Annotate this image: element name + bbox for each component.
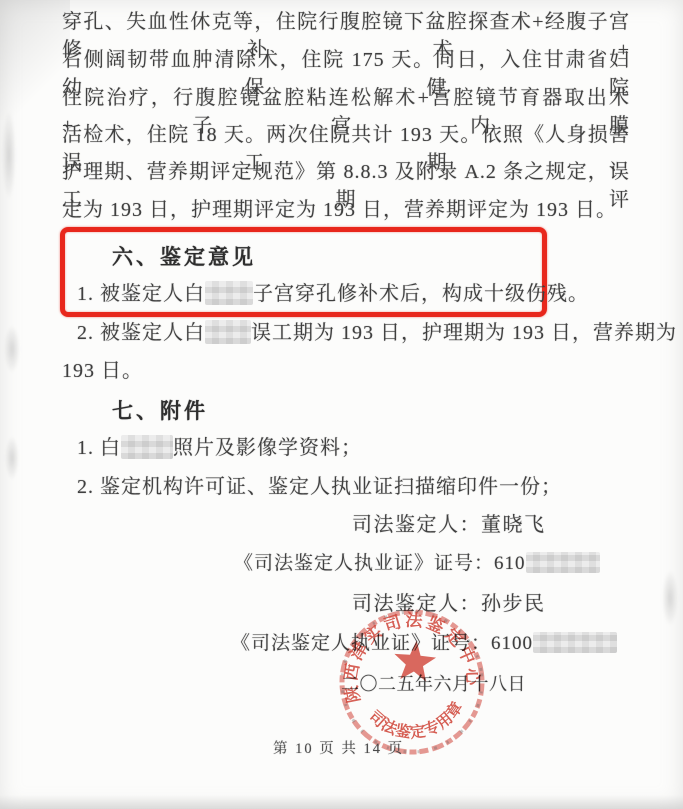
scan-smudge [662,570,678,626]
seal-star-icon [392,639,437,682]
redacted-cert-number-blur [526,552,600,573]
attachment-item-1-text-post: 照片及影像学资料； [173,437,362,459]
body-line: 定为 193 日，护理期评定为 193 日，营养期评定为 193 日。 [62,196,617,224]
scan-smudge [4,325,20,373]
attachment-item-2: 2. 鉴定机构许可证、鉴定人执业证扫描缩印件一份； [77,473,562,501]
redacted-cert-number-blur [533,632,617,653]
seal-organization-name: 陕西津实司法鉴定中心 [332,601,485,705]
section-heading-opinion: 六、鉴定意见 [112,241,256,271]
opinion-item-1-text-pre: 1. 被鉴定人白 [77,283,205,305]
redacted-name-blur [205,281,253,305]
opinion-item-1-text-post: 子宫穿孔修补术后，构成十级伤残。 [253,283,589,305]
opinion-item-2: 2. 被鉴定人白误工期为 193 日，护理期为 193 日，营养期为 [77,319,677,347]
scan-smudge [5,436,19,480]
opinion-item-2-text-pre: 2. 被鉴定人白 [77,322,205,344]
page-number-footer: 第 10 页 共 14 页 [273,737,404,758]
scanned-document-page: 穿孔、失血性休克等，住院行腹腔镜下盆腔探查术+经腹子宫修补术+ 右侧阔韧带血肿清… [0,0,683,809]
scan-smudge [2,110,16,200]
appraiser-signature-1: 司法鉴定人：董晓飞 [352,511,546,539]
redacted-name-blur [205,320,251,344]
redacted-name-blur [121,435,173,459]
attachment-item-1-text-pre: 1. 白 [77,437,121,459]
opinion-item-1: 1. 被鉴定人白子宫穿孔修补术后，构成十级伤残。 [77,280,589,308]
opinion-item-2-text-post: 误工期为 193 日，护理期为 193 日，营养期为 [251,322,677,344]
scan-corner-shade [0,0,70,120]
opinion-item-2-continuation: 193 日。 [62,357,143,385]
section-heading-attachments: 七、附件 [112,395,208,425]
official-seal-stamp: 陕西津实司法鉴定中心 司法鉴定专用章 [284,554,540,809]
svg-text:陕西津实司法鉴定中心: 陕西津实司法鉴定中心 [332,601,485,705]
attachment-item-1: 1. 白照片及影像学资料； [77,434,362,462]
